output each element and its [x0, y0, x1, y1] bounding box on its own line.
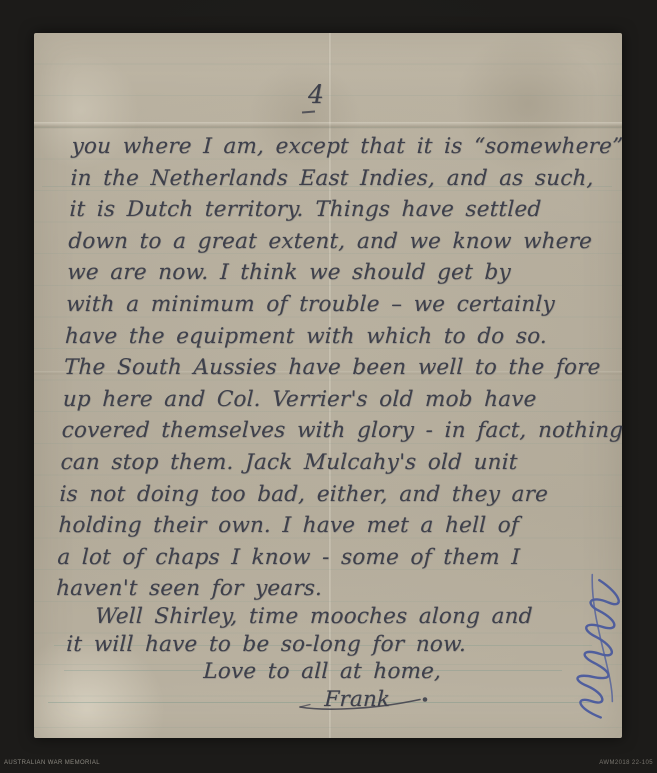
letter-line: we are now. I think we should get by — [67, 257, 602, 289]
letter-body: you where I am, except that it is “somew… — [52, 131, 606, 715]
archive-watermark: AUSTRALIAN WAR MEMORIAL — [4, 760, 100, 766]
scan-viewer: 4 you where I am, except that it is “som… — [0, 0, 657, 773]
letter-line: have the equipment with which to do so. — [64, 321, 599, 353]
letter-line: up here and Col. Verrier's old mob have — [62, 384, 597, 416]
letter-line: holding their own. I have met a hell of — [58, 510, 593, 542]
letter-line: it is Dutch territory. Things have settl… — [69, 194, 604, 226]
letter-line: you where I am, except that it is “somew… — [71, 131, 606, 163]
page-number: 4 — [296, 81, 336, 113]
letter-line: can stop them. Jack Mulcahy's old unit — [60, 447, 595, 479]
letter-line: down to a great extent, and we know wher… — [68, 226, 603, 258]
letter-line: is not doing too bad, either, and they a… — [59, 479, 594, 511]
signature-flourish — [296, 695, 440, 713]
letter-line: in the Netherlands East Indies, and as s… — [70, 163, 605, 195]
letter-line: covered themselves with glory - in fact,… — [61, 415, 596, 447]
letter-page: 4 you where I am, except that it is “som… — [34, 33, 622, 738]
reference-number: AWM2018 22-105 — [599, 760, 653, 766]
letter-line: The South Aussies have been well to the … — [63, 352, 598, 384]
letter-line: with a minimum of trouble – we certainly — [66, 289, 601, 321]
letter-line: a lot of chaps I know - some of them I — [57, 542, 592, 574]
letter-line: Well Shirley, time mooches along and — [55, 601, 590, 633]
horizontal-crease — [34, 122, 622, 129]
